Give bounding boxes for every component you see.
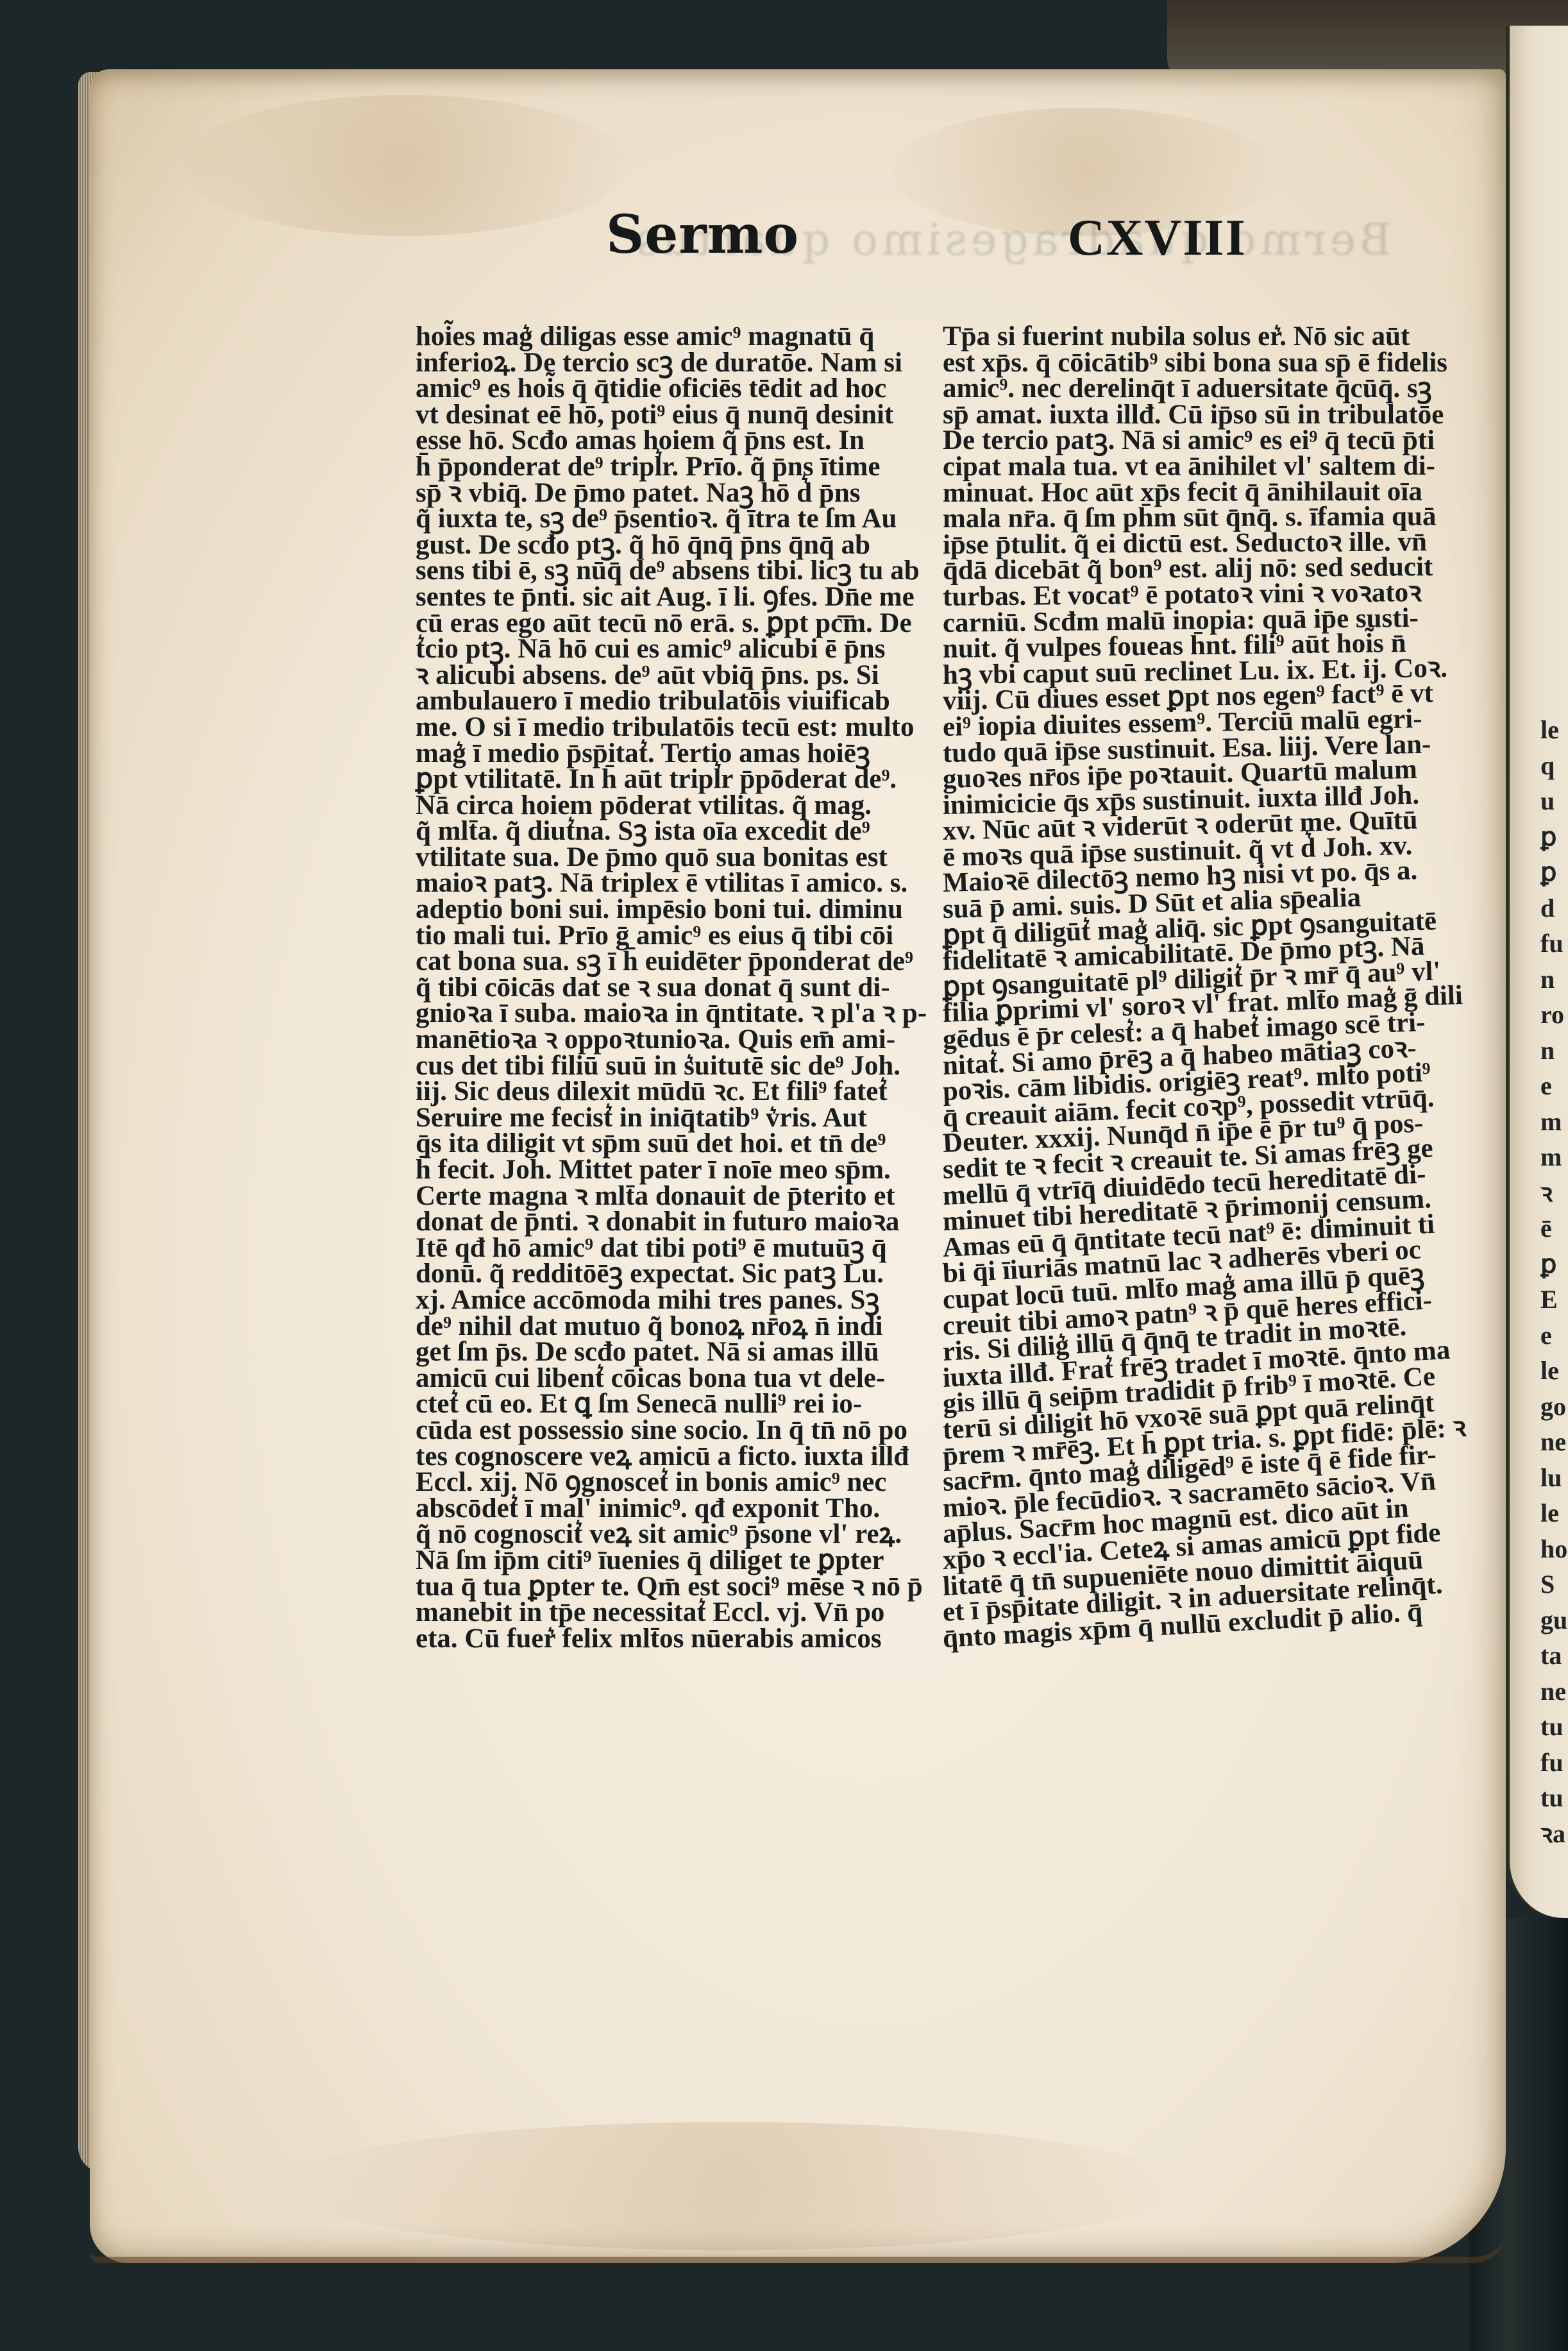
text-line: gnioꝛa ī suba. maioꝛa in q̄ntitate. ꝛ pl… [416, 1001, 903, 1027]
text-line: Itē qđ hō amic⁹ dat tibi poti⁹ ē mutuūꝫ … [416, 1235, 903, 1262]
text-line: h̄ fecit. Joh. Mittet pater ī noīe meo s… [416, 1157, 903, 1184]
text-line: donat de p̄nti. ꝛ donabit in futuro maio… [416, 1209, 903, 1235]
facing-text-fragment: m [1540, 1139, 1568, 1175]
facing-text-fragment: tu [1540, 1709, 1568, 1745]
facing-text-fragment: fu [1540, 1745, 1568, 1781]
foxing-stain [282, 2122, 1180, 2250]
facing-text-fragment: ꝑ [1540, 819, 1568, 855]
page-header: Sermo CXVIII [606, 204, 1408, 275]
facing-text-fragment: d [1540, 890, 1568, 926]
facing-text-fragment: ꝑ [1540, 854, 1568, 890]
text-line: q̃ tibi cōicās dat se ꝛ sua donat q̄ sun… [416, 975, 903, 1001]
text-line: ꝑpt vtilitatē. In h̄ aūt tripl͛r p̄pōder… [416, 767, 903, 793]
facing-text-fragment: go [1540, 1389, 1568, 1425]
text-line: donū. q̃ redditōēꝫ expectat. Sic patꝫ Lu… [416, 1261, 903, 1287]
facing-text-fragment: le [1540, 712, 1568, 748]
text-line: vtilitate sua. De p̄mo quō sua bonitas e… [416, 845, 903, 871]
text-line: h̄ p̄ponderat de⁹ tripl͛r. Prīo. q̃ p̄ns… [416, 454, 903, 480]
text-line: cat bona sua. sꝫ ī h̄ euidēter p̄pondera… [416, 949, 903, 975]
text-line: hoi͂es mag͛ diligas esse amic⁹ magnatū q… [416, 324, 903, 350]
facing-text-fragment: ho [1540, 1531, 1568, 1567]
text-line: sentes te p̄nti. sic ait Aug. ī li. ꝯfes… [416, 584, 903, 611]
facing-text-fragment: ꝛa [1540, 1816, 1568, 1852]
text-line: De tercio patꝫ. Nā si amic⁹ es ei⁹ q̄ te… [943, 428, 1449, 454]
facing-text-fragment: gu [1540, 1602, 1568, 1638]
text-line: ambulauero ī medio tribulatōis viuificab [416, 688, 903, 715]
text-line: me. O si ī medio tribulatōis tecū est: m… [416, 715, 903, 741]
facing-text-fragment: tu [1540, 1780, 1568, 1816]
text-line: adeptio boni sui. impēsio boni tui. dimi… [416, 897, 903, 923]
text-line: manētioꝛa ꝛ oppoꝛtunioꝛa. Quis em̄ ami- [416, 1027, 903, 1053]
text-line: Nā ſm ip̄m citi⁹ īuenies q̄ diliget te ꝑ… [416, 1548, 903, 1574]
facing-text-fragment: u [1540, 783, 1568, 819]
facing-text-fragment: ro [1540, 997, 1568, 1033]
text-line: amic⁹ es hoi͂s q̄ q̄tidie oficiēs tēdit … [416, 376, 903, 402]
facing-text-fragment: m [1540, 1104, 1568, 1140]
text-line: xj. Amice accōmoda mihi tres panes. Sꝫ [416, 1287, 903, 1314]
text-line: de⁹ nihil dat mutuo q̃ bonoꝝ nr̄oꝝ n̄ in… [416, 1314, 903, 1340]
facing-text-fragment: ne [1540, 1674, 1568, 1710]
text-line: q̄s ita diligit vt sp̄m suū det hoi. et … [416, 1131, 903, 1157]
text-line: amic⁹. nec derelinq̄t ī aduersitate q̄cū… [943, 376, 1449, 402]
facing-text-fragment: le [1540, 1353, 1568, 1389]
text-line: manebit in tp̄e necessitat͛ Eccl. vj. Vn… [416, 1600, 903, 1626]
text-line: est xp̄s. q̄ cōicātib⁹ sibi bona sua sp̄… [943, 350, 1449, 377]
facing-text-fragment: ne [1540, 1424, 1568, 1460]
text-column-left: hoi͂es mag͛ diligas esse amic⁹ magnatū q… [416, 324, 903, 1652]
text-line: sens tibi ē, sꝫ nūq̄ de⁹ absens tibi. li… [416, 558, 903, 584]
text-line: q̃ nō cognoscit͛ veꝝ sit amic⁹ p̄sone vl… [416, 1522, 903, 1548]
facing-page-edge: lequꝑꝑdfunronemmꝛēꝑEelegonelulehoSgutane… [1506, 26, 1568, 1918]
facing-text-fragment: ta [1540, 1638, 1568, 1674]
facing-text-fragment: ꝑ [1540, 1246, 1568, 1282]
text-line: abscōdet͛ ī mal' inimic⁹. qđ exponit Tho… [416, 1496, 903, 1522]
facing-page-text-fragments: lequꝑꝑdfunronemmꝛēꝑEelegonelulehoSgutane… [1540, 712, 1568, 1851]
text-line: sp̄ amat. iuxta illđ. Cū ip̄so sū in tri… [943, 402, 1449, 429]
text-line: get ſm p̄s. De scđo patet. Nā si amas il… [416, 1339, 903, 1366]
facing-text-fragment: lu [1540, 1460, 1568, 1496]
facing-text-fragment: ē [1540, 1210, 1568, 1246]
text-line: q̃ mlt̄a. q̃ diut͛na. Sꝫ ista oīa excedi… [416, 819, 903, 845]
text-line: eta. Cū fuer͛ felix mlt̄os nūerabis amic… [416, 1626, 903, 1652]
text-line: Eccl. xij. Nō ꝯgnoscet͛ in bonis amic⁹ n… [416, 1470, 903, 1496]
facing-text-fragment: q [1540, 748, 1568, 784]
facing-text-fragment: e [1540, 1068, 1568, 1104]
text-line: esse hō. Scđo amas hoiem q̃ p̄ns est. In [416, 428, 903, 454]
running-title: Sermo [606, 204, 799, 266]
text-line: vt desinat eē hō, poti⁹ eius q̄ nunq̄ de… [416, 402, 903, 429]
text-column-right: Tp̄a si fuerint nubila solus er͛. Nō sic… [943, 324, 1449, 1652]
facing-text-fragment: n [1540, 1033, 1568, 1069]
facing-text-fragment: E [1540, 1282, 1568, 1318]
text-line: sp̄ ꝛ vbiq̄. De p̄mo patet. Naꝫ hō d͛ p̄… [416, 480, 903, 507]
facing-text-fragment: fu [1540, 926, 1568, 962]
facing-text-fragment: n [1540, 962, 1568, 997]
facing-text-fragment: le [1540, 1495, 1568, 1531]
text-line: iij. Sic deus dilexit mūdū ꝛc. Et fili⁹ … [416, 1079, 903, 1105]
text-line: tua q̄ tua ꝑpter te. Qm̄ est soci⁹ mēse … [416, 1574, 903, 1600]
text-line: t͛cio ptꝫ. Nā hō cui es amic⁹ alicubi ē … [416, 636, 903, 663]
text-line: Nā circa hoiem pōderat vtilitas. q̃ mag. [416, 793, 903, 819]
text-line: Seruire me fecist͛ in iniq̄tatib⁹ v͛ris.… [416, 1105, 903, 1132]
text-line: mag͛ ī medio p̄sp̄itat͛. Tertio amas hoi… [416, 741, 903, 767]
text-line: ꝛ alicubi absens. de⁹ aūt vbiq̄ p̄ns. ps… [416, 663, 903, 689]
facing-text-fragment: e [1540, 1318, 1568, 1354]
text-line: inferioꝝ. De tercio scꝫ de duratōe. Nam … [416, 350, 903, 377]
folio-number: CXVIII [1068, 209, 1247, 267]
text-line: tes cognoscere veꝝ amicū a ficto. iuxta … [416, 1444, 903, 1470]
text-line: cūda est possessio sine socio. In q̄ tn̄… [416, 1418, 903, 1444]
text-line: maioꝛ patꝫ. Nā triplex ē vtilitas ī amic… [416, 870, 903, 897]
text-line: cū eras ego aūt tecū nō erā. s. ꝑpt pc͞m… [416, 611, 903, 637]
text-line: Tp̄a si fuerint nubila solus er͛. Nō sic… [943, 324, 1449, 350]
text-line: tio mali tui. Prīo ḡ amic⁹ es eius q̄ ti… [416, 923, 903, 949]
text-line: Certe magna ꝛ mlt̄a donauit de p̄terito … [416, 1184, 903, 1210]
text-line: gust. De scđo ptꝫ. q̃ hō q̄nq̄ p̄ns q̄nq… [416, 532, 903, 559]
text-line: cus det tibi filiū suū in s͛uitutē sic d… [416, 1053, 903, 1080]
text-line: ctet͛ cū eo. Et ꝗ ſm Senecā nulli⁹ rei i… [416, 1391, 903, 1418]
facing-text-fragment: S [1540, 1566, 1568, 1602]
text-line: q̃ iuxta te, sꝫ de⁹ p̄sentioꝛ. q̃ ītra t… [416, 506, 903, 532]
facing-text-fragment: ꝛ [1540, 1175, 1568, 1211]
text-line: amicū cui libent͛ cōicas bona tua vt del… [416, 1366, 903, 1392]
